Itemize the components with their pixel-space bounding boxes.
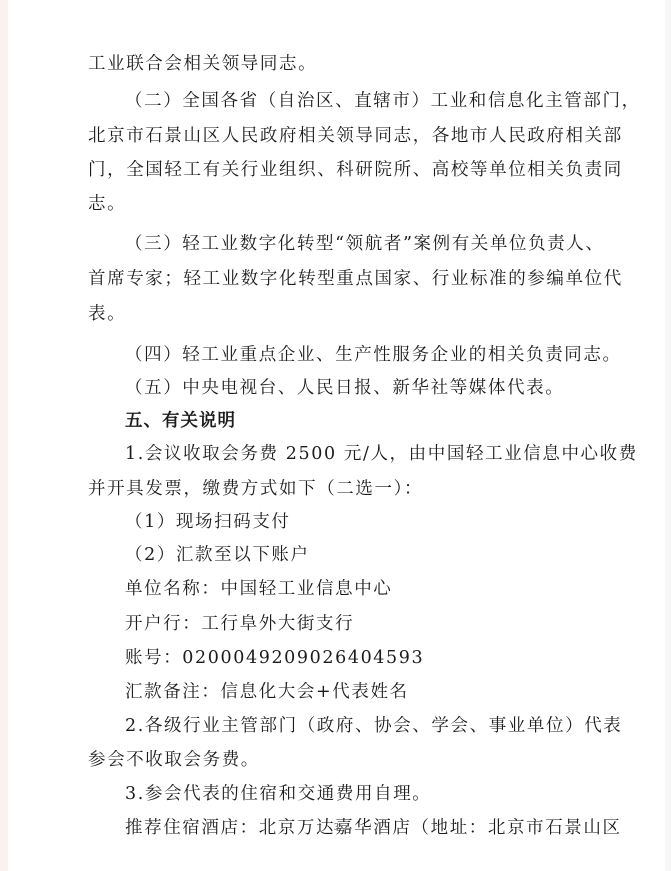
attendee-item-3-line-1: （三）轻工业数字化转型“领航者”案例有关单位负责人、 <box>125 232 590 256</box>
payment-option-2: （2）汇款至以下账户 <box>125 543 310 567</box>
note-2-line-1: 2.各级行业主管部门（政府、协会、学会、事业单位）代表 <box>125 714 590 738</box>
text-line-continuation: 工业联合会相关领导同志。 <box>88 52 317 76</box>
account-number: 账号：0200049209026404593 <box>125 646 424 670</box>
attendee-item-3-line-3: 表。 <box>88 302 126 326</box>
note-1-line-2: 并开具发票，缴费方式如下（二选一）： <box>88 477 423 501</box>
payment-option-1: （1）现场扫码支付 <box>125 510 291 534</box>
attendee-item-2-line-3: 门，全国轻工有关行业组织、科研院所、高校等单位相关负责同 <box>88 158 590 182</box>
attendee-item-2-line-4: 志。 <box>88 192 126 216</box>
remittance-note: 汇款备注：信息化大会+代表姓名 <box>125 680 409 704</box>
note-1-line-1: 1.会议收取会务费 2500 元/人，由中国轻工业信息中心收费 <box>125 442 590 466</box>
account-bank: 开户行：工行阜外大街支行 <box>125 612 354 636</box>
attendee-item-2-line-1: （二）全国各省（自治区、直辖市）工业和信息化主管部门， <box>125 89 590 113</box>
page-number: 3 <box>334 822 339 833</box>
attendee-item-3-line-2: 首席专家；轻工业数字化转型重点国家、行业标准的参编单位代 <box>88 267 590 291</box>
attendee-item-2-line-2: 北京市石景山区人民政府相关领导同志，各地市人民政府相关部 <box>88 124 590 148</box>
note-2-line-2: 参会不收取会务费。 <box>88 748 260 772</box>
attendee-item-4: （四）轻工业重点企业、生产性服务企业的相关负责同志。 <box>125 343 590 367</box>
document-page: 工业联合会相关领导同志。 （二）全国各省（自治区、直辖市）工业和信息化主管部门，… <box>0 0 671 871</box>
note-3: 3.参会代表的住宿和交通费用自理。 <box>125 782 431 806</box>
recommended-hotel-line: 推荐住宿酒店：北京万达嘉华酒店（地址：北京市石景山区 <box>125 816 590 840</box>
section-heading-notes: 五、有关说明 <box>125 409 236 433</box>
account-name: 单位名称：中国轻工业信息中心 <box>125 577 392 601</box>
attendee-item-5: （五）中央电视台、人民日报、新华社等媒体代表。 <box>125 376 564 400</box>
